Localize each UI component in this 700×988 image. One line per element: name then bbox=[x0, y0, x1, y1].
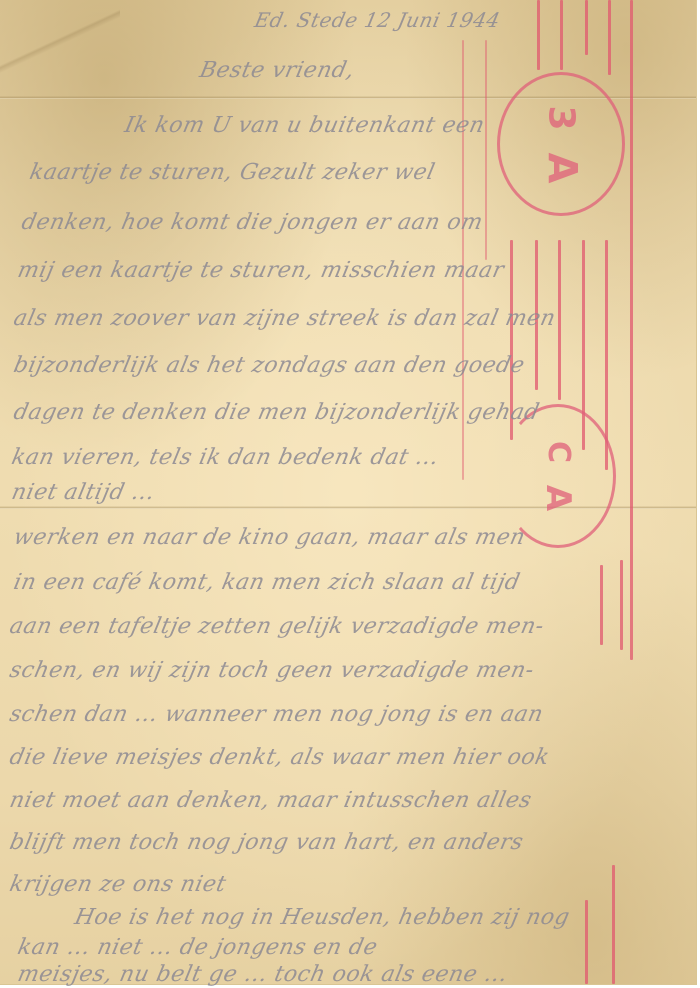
letter-place-date: Ed. Stede 12 Juni 1944 bbox=[252, 8, 502, 32]
stamp-line bbox=[620, 560, 623, 650]
letter-line: mij een kaartje te sturen, misschien maa… bbox=[15, 258, 506, 283]
stamp-line bbox=[608, 0, 611, 75]
letter-line: Hoe is het nog in Heusden, hebben zij no… bbox=[72, 905, 572, 930]
letter-line: die lieve meisjes denkt, als waar men hi… bbox=[7, 745, 551, 770]
letter-line: als men zoover van zijne streek is dan z… bbox=[11, 306, 558, 331]
letter-line: Ik kom U van u buitenkant een bbox=[122, 113, 487, 138]
censor-stamp-circle: 3 A bbox=[497, 72, 625, 216]
letter-line: kan vieren, tels ik dan bedenk dat ... bbox=[9, 445, 441, 470]
stamp-line bbox=[612, 865, 615, 984]
letter-line: niet moet aan denken, maar intusschen al… bbox=[7, 788, 534, 813]
stamp-mark-bottom: A bbox=[541, 153, 581, 184]
letter-line: denken, hoe komt die jongen er aan om bbox=[19, 210, 485, 235]
stamp-mark-bottom: A bbox=[541, 485, 575, 511]
paper-crease bbox=[0, 0, 120, 80]
stamp-line bbox=[558, 240, 561, 400]
stamp-line bbox=[485, 40, 487, 260]
stamp-mark-top: 3 bbox=[543, 105, 579, 130]
letter-line: werken en naar de kino gaan, maar als me… bbox=[11, 525, 527, 550]
stamp-line bbox=[537, 0, 540, 70]
letter-salutation: Beste vriend, bbox=[197, 58, 356, 83]
stamp-mark-top: C bbox=[543, 441, 573, 463]
letter-line: kaartje te sturen, Gezult zeker wel bbox=[27, 160, 437, 185]
letter-paper: 3 A C A Ed. Stede 12 Juni 1944 Beste vri… bbox=[0, 0, 697, 985]
letter-line: blijft men toch nog jong van hart, en an… bbox=[7, 830, 525, 855]
stamp-line bbox=[585, 900, 588, 984]
letter-line: aan een tafeltje zetten gelijk verzadigd… bbox=[7, 614, 546, 639]
letter-line: schen dan ... wanneer men nog jong is en… bbox=[7, 702, 545, 727]
letter-line: schen, en wij zijn toch geen verzadigde … bbox=[7, 658, 536, 683]
stamp-line bbox=[600, 565, 603, 645]
stamp-line bbox=[560, 0, 563, 70]
letter-line: krijgen ze ons niet bbox=[7, 872, 228, 897]
letter-line: bijzonderlijk als het zondags aan den go… bbox=[11, 353, 527, 378]
letter-line: in een café komt, kan men zich slaan al … bbox=[11, 570, 522, 595]
letter-line: niet altijd ... bbox=[9, 480, 157, 505]
letter-line: kan ... niet ... de jongens en de bbox=[15, 935, 380, 960]
stamp-line bbox=[630, 0, 633, 660]
letter-line: dagen te denken die men bijzonderlijk ge… bbox=[11, 400, 541, 425]
letter-line: meisjes, nu belt ge ... toch ook als een… bbox=[15, 962, 510, 987]
stamp-line bbox=[585, 0, 588, 55]
